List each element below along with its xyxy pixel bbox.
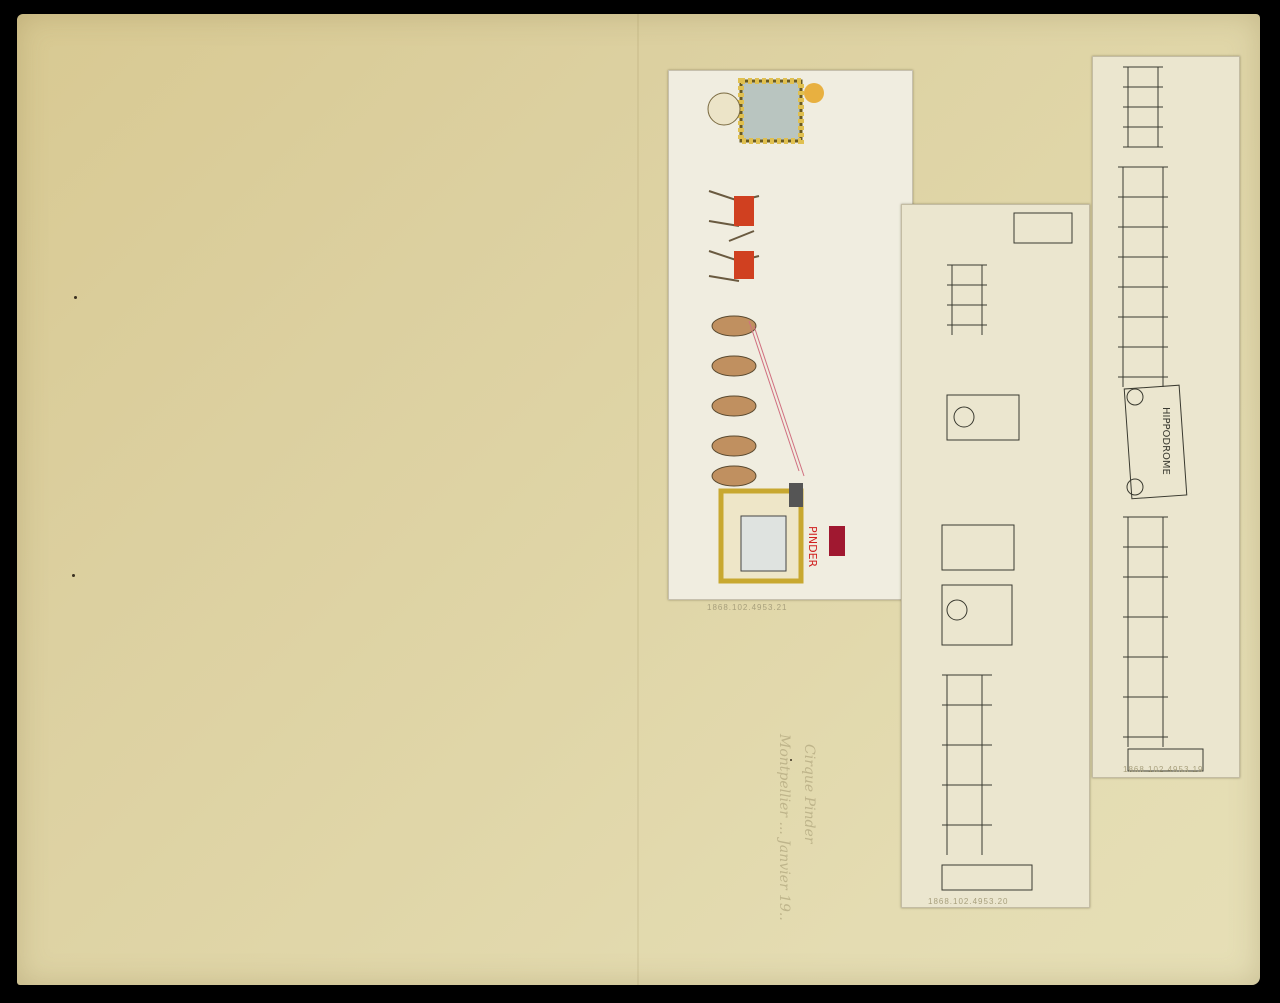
sheet-fold: [637, 14, 639, 985]
svg-text:HIPPODROME: HIPPODROME: [1160, 407, 1171, 475]
speck: [74, 296, 77, 299]
mount-sheet: Cirque Pinder Montpellier ... Janvier 19…: [17, 14, 1260, 985]
svg-text:PINDER: PINDER: [806, 526, 819, 568]
accession-label: 1868.102.4953.19: [1123, 765, 1204, 774]
handwritten-note-1: Cirque Pinder: [801, 744, 817, 843]
circus-procession-drawing: PINDER: [669, 71, 912, 599]
wagon-train-sketch: [902, 205, 1089, 907]
ink-drawing-strip-3: HIPPODROME 1868.102.4953.19: [1092, 56, 1240, 778]
speck: [72, 574, 75, 577]
handwritten-note-2: Montpellier ... Janvier 19..: [776, 734, 792, 921]
accession-label: 1868.102.4953.20: [928, 897, 1009, 906]
hippodrome-procession-sketch: HIPPODROME: [1093, 57, 1239, 777]
accession-label: 1868.102.4953.21: [707, 603, 788, 612]
ink-drawing-strip-2: 1868.102.4953.20: [901, 204, 1090, 908]
watercolor-drawing-strip: PINDER 1868.102.4953.21: [668, 70, 913, 600]
